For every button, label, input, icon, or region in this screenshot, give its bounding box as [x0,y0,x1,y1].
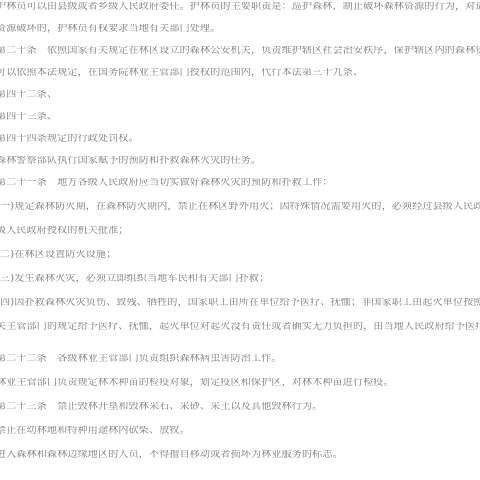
text-line: (二)在林区设置防火设施； [0,250,480,260]
text-line: (四)因扑救森林火灾负伤、致残、牺牲的，国家职工由所在单位给予医疗、抚恤；非国家… [0,298,480,308]
text-line: 第二十二条 各级林业主管部门负责组织森林病虫害防治工作。 [0,354,480,364]
text-line: 进入森林和森林边缘地区的人员，不得擅自移动或者损坏为林业服务的标志。 [0,450,480,460]
text-line: 禁止在幼林地和特种用途林内砍柴、放牧。 [0,426,480,436]
text-line: 森林警察部队执行国家赋予的预防和扑救森林火灾的任务。 [0,156,480,166]
document-page: 护林员可以由县级或者乡级人民政府委任。护林员的主要职责是：巡护森林，制止破坏森林… [0,0,480,480]
text-line: 级人民政府授权的机关批准； [0,226,480,236]
text-line: (一)规定森林防火期，在森林防火期内，禁止在林区野外用火；因特殊情况需要用火的，… [0,202,480,212]
text-line: 第四十三条、 [0,112,480,122]
text-line: (三)发生森林火灾，必须立即组织当地军民和有关部门扑救； [0,274,480,284]
text-line: 第二十条 依照国家有关规定在林区设立的森林公安机关，负责维护辖区社会治安秩序，保… [0,46,480,56]
text-line: 第二十一条 地方各级人民政府应当切实做好森林火灾的预防和扑救工作： [0,178,480,188]
text-line: 护林员可以由县级或者乡级人民政府委任。护林员的主要职责是：巡护森林，制止破坏森林… [0,2,480,12]
text-line: 关主管部门的规定给予医疗、抚恤，起火单位对起火没有责任或者确实无力负担的，由当地… [0,322,480,332]
text-line: 资源破坏的，护林员有权要求当地有关部门处理。 [0,24,480,34]
document-text-block: 护林员可以由县级或者乡级人民政府委任。护林员的主要职责是：巡护森林，制止破坏森林… [0,2,480,474]
text-line: 第四十四条规定的行政处罚权。 [0,134,480,144]
text-line: 林业主管部门负责规定林木种苗的检疫对象，划定疫区和保护区，对林木种苗进行检疫。 [0,378,480,388]
text-line: 第四十二条、 [0,90,480,100]
text-line: 可以依照本法规定，在国务院林业主管部门授权的范围内，代行本法第三十九条、 [0,68,480,78]
text-line: 第二十三条 禁止毁林开垦和毁林采石、采砂、采土以及其他毁林行为。 [0,402,480,412]
